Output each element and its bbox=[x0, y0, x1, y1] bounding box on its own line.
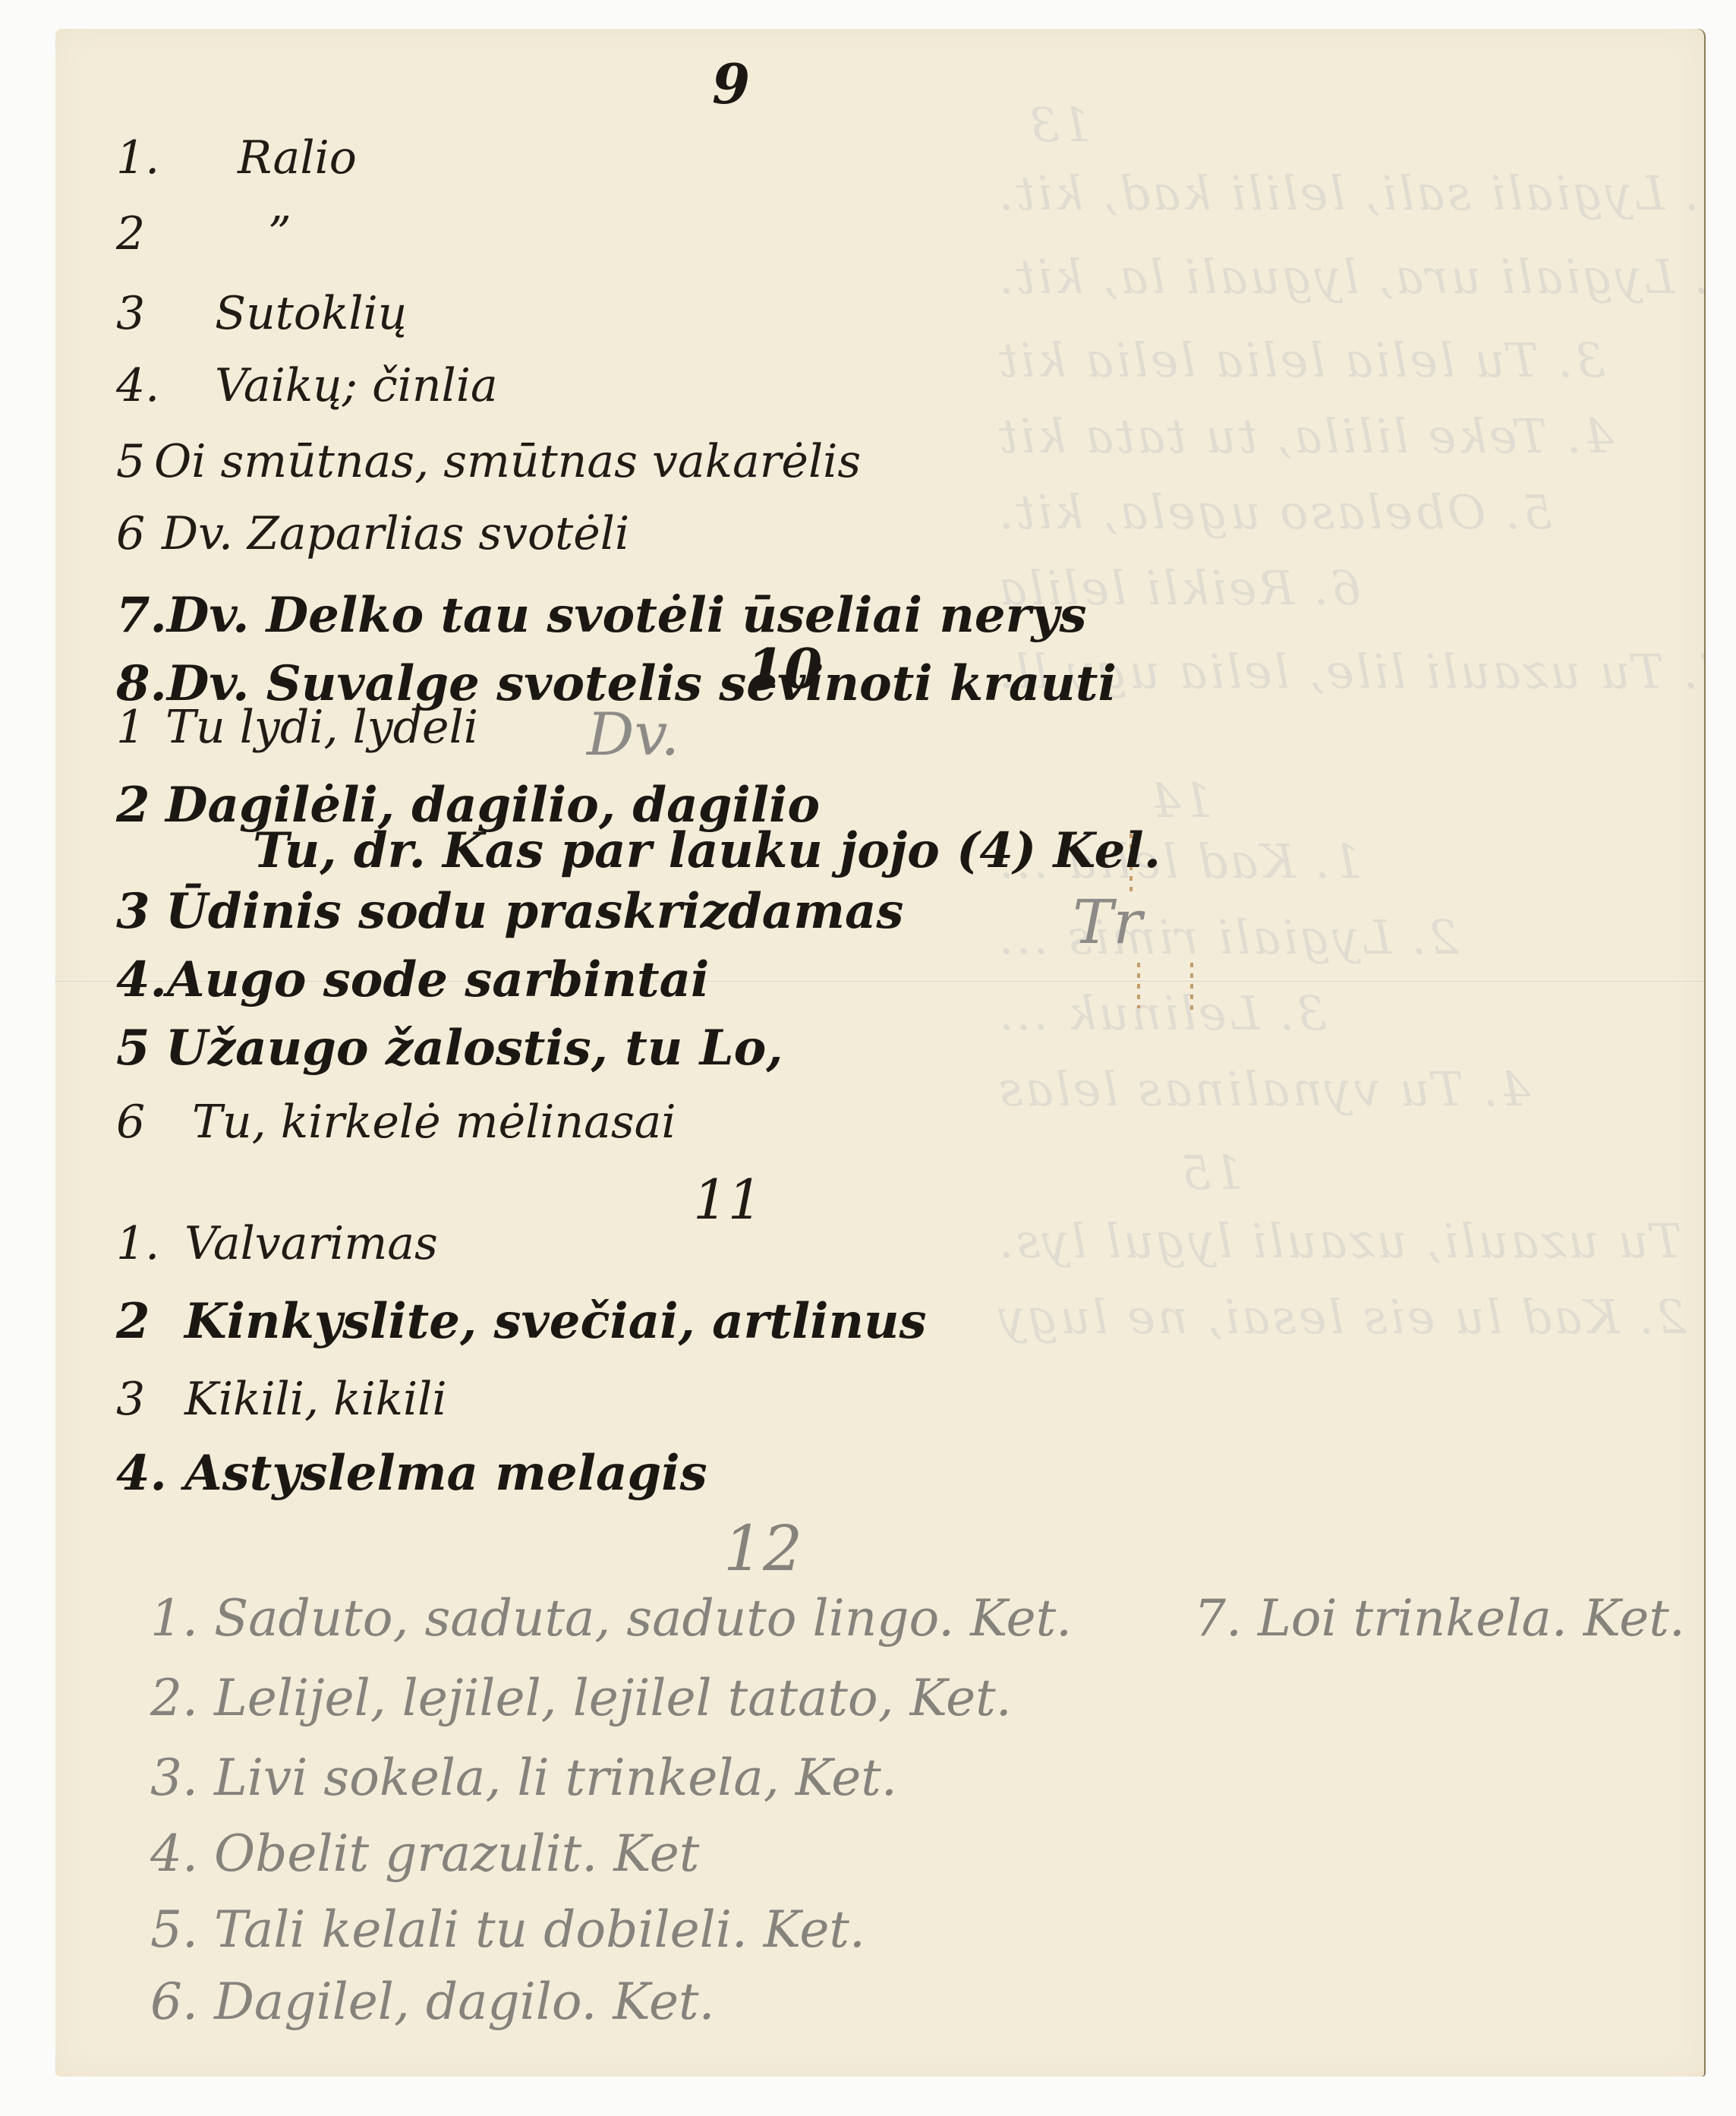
item-text: Dagilel, dagilo. Ket. bbox=[214, 1973, 715, 2031]
manuscript-page: 13 1. Lygiali sali, lelili kad, kit. 2. … bbox=[55, 29, 1704, 2077]
item-text: Tali kelali tu dobileli. Ket. bbox=[214, 1900, 865, 1959]
list-item: 4.Vaikų; činlia bbox=[116, 359, 498, 412]
rust-stain bbox=[1190, 963, 1193, 1016]
item-number: 6. bbox=[150, 1973, 198, 2031]
item-text: Lelijel, lejilel, lejilel tatatо, Ket. bbox=[214, 1669, 1012, 1727]
item-number: 1. bbox=[150, 1589, 198, 1648]
item-number: 1. bbox=[116, 131, 184, 184]
item-number: 6 bbox=[116, 507, 162, 560]
bleed-heading-15: 15 bbox=[1179, 1145, 1243, 1200]
item-text: Loi trinkela. Ket. bbox=[1258, 1589, 1685, 1648]
item-number: 2 bbox=[116, 1293, 184, 1350]
item-text: Ralio bbox=[238, 131, 357, 184]
section-heading-9: 9 bbox=[712, 52, 750, 116]
item-number: 4. bbox=[116, 359, 184, 412]
bleed-line: 4. Teke lilila, tu tata kit bbox=[997, 408, 1614, 464]
section-heading-10: 10 bbox=[746, 636, 822, 701]
list-item: 6. Dagilel, dagilo. Ket. bbox=[150, 1973, 715, 2031]
item-number: 7. bbox=[116, 587, 167, 644]
list-item: 6Tu, kirkelė mėlinasai bbox=[116, 1096, 676, 1149]
item-text: Tu lydi, lydeli bbox=[165, 701, 478, 754]
list-item: 2” bbox=[116, 207, 291, 260]
list-item: 4. Obelit grazulit. Ket bbox=[150, 1824, 699, 1883]
bleed-line: 4. Tu vynalinas lelas bbox=[997, 1061, 1530, 1117]
item-text: ” bbox=[268, 207, 291, 260]
list-item: 4.Augo sode sarbintai bbox=[116, 951, 709, 1008]
list-item: 2. Lelijel, lejilel, lejilel tatatо, Ket… bbox=[150, 1669, 1012, 1727]
item-text: Vaikų; činlia bbox=[215, 359, 498, 412]
bleed-line: 2. Lygiali ura, lyguali la, kit. bbox=[997, 249, 1704, 304]
item-text: Sutoklių bbox=[215, 287, 407, 340]
bleed-heading-14: 14 bbox=[1148, 773, 1213, 828]
item-number: 1. bbox=[116, 1217, 184, 1270]
bleed-line: 3. Tu lelia lelia lelia kit bbox=[997, 333, 1605, 388]
bleed-line: 2. Kad lu eis lesai, ne lugy bbox=[997, 1289, 1686, 1345]
item-text: Oi smūtnas, smūtnas vakarėlis bbox=[154, 435, 861, 488]
item-number: 2. bbox=[150, 1669, 198, 1727]
item-text: Užaugo žalostis, tu Lo, bbox=[165, 1020, 783, 1077]
item-text: Obelit grazulit. Ket bbox=[214, 1824, 699, 1883]
list-item: 5Užaugo žalostis, tu Lo, bbox=[116, 1020, 783, 1077]
bleed-line: 1. Tu uzauli, uzauli lygul lys. bbox=[997, 1213, 1704, 1269]
list-item: 5Oi smūtnas, smūtnas vakarėlis bbox=[116, 435, 861, 488]
list-item: 1. Sadutо, saduta, saduto lingo. Ket. bbox=[150, 1589, 1072, 1648]
pencil-annotation-tr: Tr bbox=[1073, 887, 1142, 957]
list-item: 5. Tali kelali tu dobileli. Ket. bbox=[150, 1900, 865, 1959]
item-number: 4. bbox=[116, 1445, 184, 1502]
bleed-line: 1. Lygiali sali, lelili kad, kit. bbox=[997, 166, 1704, 221]
pencil-annotation-dv: Dv. bbox=[587, 701, 679, 769]
item-text: Astyslelma melagis bbox=[184, 1445, 707, 1502]
list-item: 4.Astyslelma melagis bbox=[116, 1445, 707, 1502]
section-heading-11: 11 bbox=[693, 1168, 763, 1231]
item-text: Kinkyslite, svečiai, artlinus bbox=[184, 1293, 927, 1350]
item-text: Kikili, kikili bbox=[184, 1373, 447, 1426]
list-item: 1.Valvarimas bbox=[116, 1217, 438, 1270]
list-item: 7.Dv. Delko tau svotėli ūseliai nerys bbox=[116, 587, 1087, 644]
list-item-overwrite: Tu, dr. Kas par lauku jojo (4) Kel. bbox=[253, 822, 1161, 879]
item-text: Augo sode sarbintai bbox=[167, 951, 710, 1008]
section-heading-12: 12 bbox=[723, 1513, 802, 1585]
list-item: 3. Livi sokela, li trinkela, Ket. bbox=[150, 1749, 897, 1807]
item-number: 3 bbox=[116, 287, 184, 340]
item-number: 7. bbox=[1194, 1589, 1242, 1648]
list-item: 2Kinkyslite, svečiai, artlinus bbox=[116, 1293, 927, 1350]
rust-stain bbox=[1137, 963, 1140, 1008]
item-text: Tu, dr. Kas par lauku jojo (4) Kel. bbox=[253, 822, 1161, 879]
list-item: 7. Loi trinkela. Ket. bbox=[1194, 1589, 1685, 1648]
item-text: Dv. Delko tau svotėli ūseliai nerys bbox=[167, 587, 1087, 644]
item-number: 5. bbox=[150, 1900, 198, 1959]
item-number: 1 bbox=[116, 701, 165, 754]
item-number: 3 bbox=[116, 1373, 184, 1426]
list-item: 6Dv. Zaparlias svotėli bbox=[116, 507, 629, 560]
item-text: Livi sokela, li trinkela, Ket. bbox=[214, 1749, 897, 1807]
item-number: 2 bbox=[116, 777, 165, 834]
bleed-heading-13: 13 bbox=[1027, 97, 1092, 153]
item-number: 5 bbox=[116, 1020, 165, 1077]
item-number: 6 bbox=[116, 1096, 192, 1149]
item-text: Tu, kirkelė mėlinasai bbox=[192, 1096, 676, 1149]
item-text: Ūdinis sodu praskrizdamas bbox=[165, 883, 903, 940]
item-number: 4. bbox=[116, 951, 167, 1008]
list-item: 3Sutoklių bbox=[116, 287, 407, 340]
bleed-line: 2. Lygiali rimis ... bbox=[997, 910, 1459, 965]
list-item: 1.Ralio bbox=[116, 131, 357, 184]
item-number: 2 bbox=[116, 207, 184, 260]
list-item: 3Kikili, kikili bbox=[116, 1373, 447, 1426]
bleed-line: 5. Obelaso ugela, kit. bbox=[997, 484, 1552, 540]
item-number: 5 bbox=[116, 435, 154, 488]
list-item: 3Ūdinis sodu praskrizdamas bbox=[116, 883, 903, 940]
item-number: 3 bbox=[116, 883, 165, 940]
item-text: Sadutо, saduta, saduto lingo. Ket. bbox=[214, 1589, 1072, 1648]
item-text: Valvarimas bbox=[184, 1217, 438, 1270]
item-number: 4. bbox=[150, 1824, 198, 1883]
list-item: 1Tu lydi, lydeli bbox=[116, 701, 478, 754]
item-text: Dv. Zaparlias svotėli bbox=[162, 507, 629, 560]
bleed-line: 3. Lelinuk ... bbox=[997, 985, 1327, 1041]
item-number: 3. bbox=[150, 1749, 198, 1807]
